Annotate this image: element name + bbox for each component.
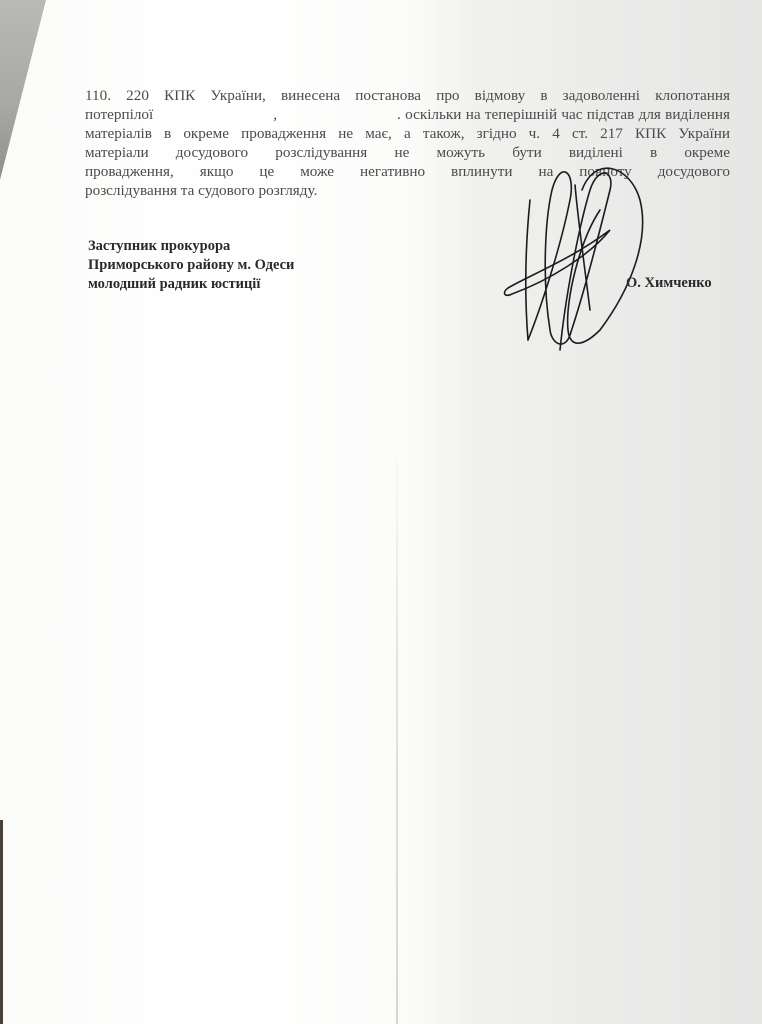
paper-fold-line bbox=[396, 440, 398, 1024]
signatory-title-line-2: Приморського району м. Одеси bbox=[88, 256, 294, 275]
body-line-2-rest: . оскільки на теперішній час підстав для… bbox=[397, 106, 730, 123]
body-line-3: матеріалів в окреме провадження не має, … bbox=[85, 124, 730, 143]
body-line-1: 110. 220 КПК України, винесена постанова… bbox=[85, 86, 730, 105]
signer-name: О. Химченко bbox=[626, 275, 712, 292]
document-page: 110. 220 КПК України, винесена постанова… bbox=[0, 0, 762, 1024]
signatory-title-line-3: молодший радник юстиції bbox=[88, 275, 294, 294]
page-edge-shadow bbox=[0, 820, 3, 1024]
redaction-mark: , bbox=[273, 106, 277, 123]
body-line-2: потерпілої,. оскільки на теперішній час … bbox=[85, 105, 730, 124]
page-corner-shadow bbox=[0, 0, 50, 180]
signatory-title-block: Заступник прокурора Приморського району … bbox=[88, 237, 294, 294]
signatory-title-line-1: Заступник прокурора bbox=[88, 237, 294, 256]
handwritten-signature bbox=[490, 160, 680, 360]
victim-label: потерпілої bbox=[85, 106, 153, 123]
